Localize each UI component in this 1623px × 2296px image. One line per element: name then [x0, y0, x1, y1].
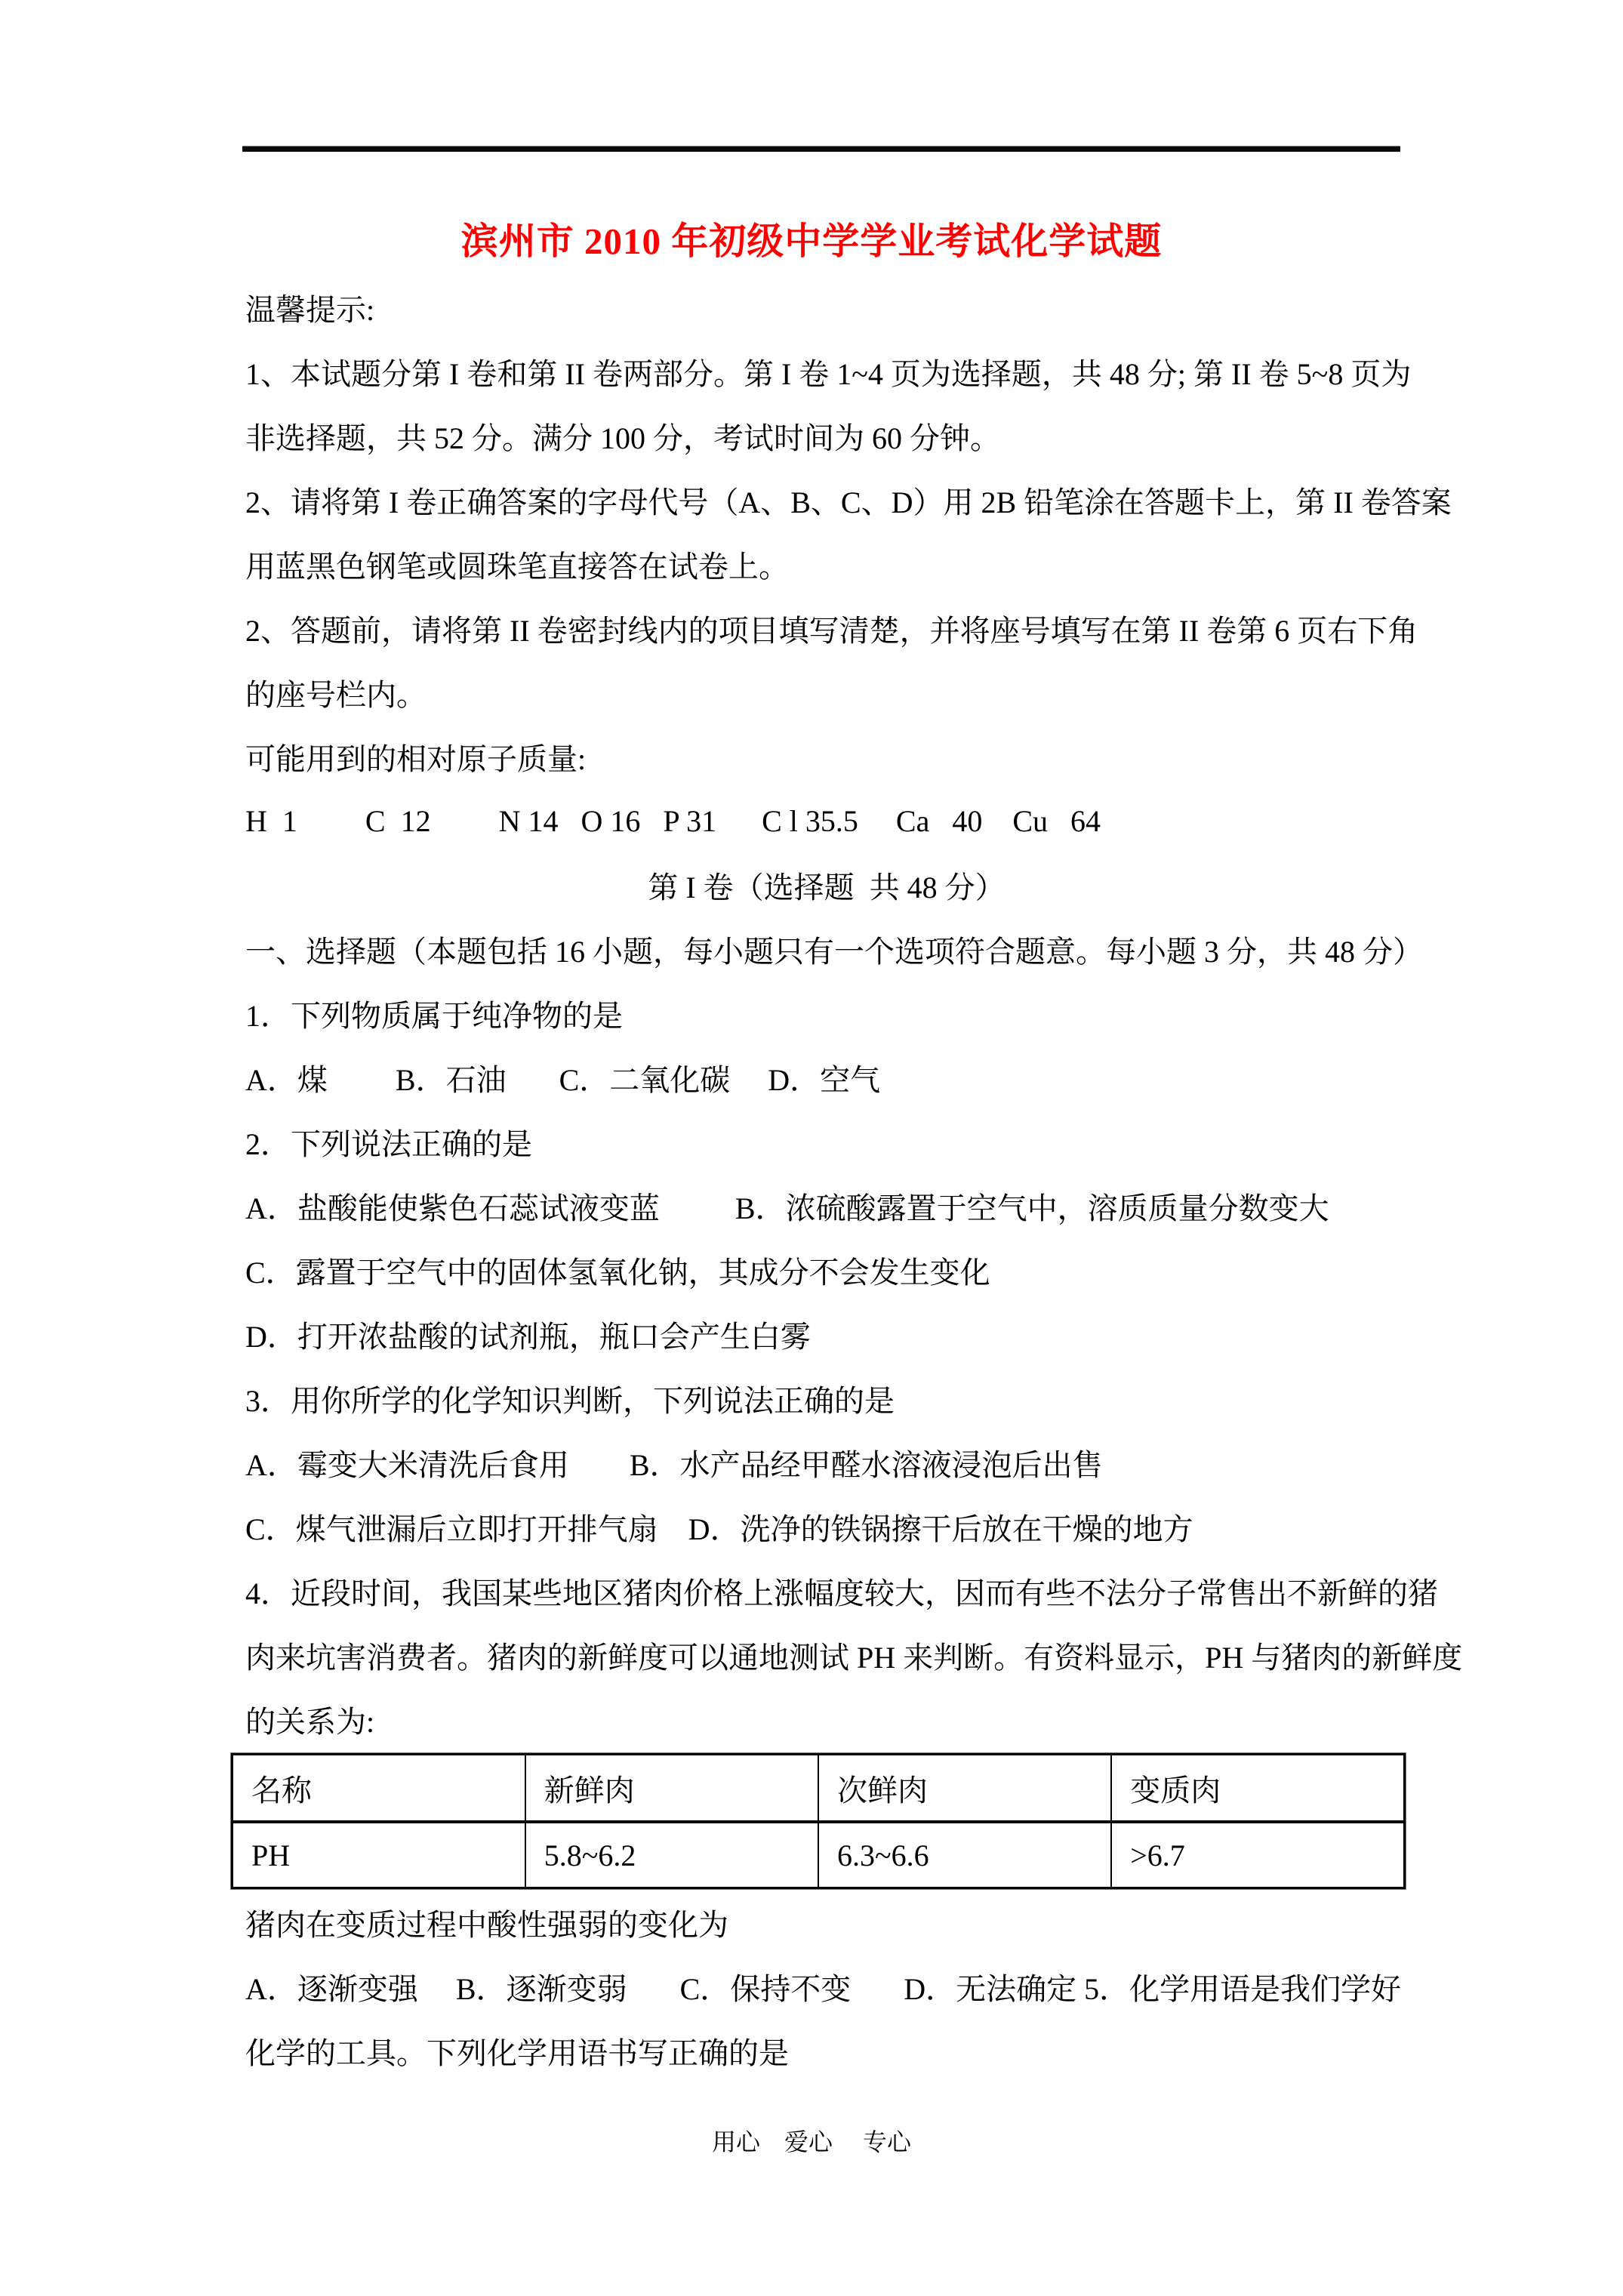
question-2: 2．下列说法正确的是: [245, 1110, 1408, 1174]
document-body: 温馨提示: 1、本试题分第 I 卷和第 II 卷两部分。第 I 卷 1~4 页为…: [245, 276, 1408, 2083]
document-title: 滨州市 2010 年初级中学学业考试化学试题: [0, 212, 1623, 265]
question-4-line-1: 4．近段时间，我国某些地区猪肉价格上涨幅度较大，因而有些不法分子常售出不新鲜的猪: [245, 1559, 1408, 1623]
exam-document-page: 滨州市 2010 年初级中学学业考试化学试题 温馨提示: 1、本试题分第 I 卷…: [0, 0, 1623, 2296]
ph-table-cell-fresh-value: 5.8~6.2: [525, 1822, 818, 1888]
atomic-mass-label: 可能用到的相对原子质量:: [245, 725, 1408, 789]
section1-heading: 第 I 卷（选择题 共 48 分）: [245, 853, 1408, 917]
question-2-options-ab: A．盐酸能使紫色石蕊试液变蓝 B．浓硫酸露置于空气中，溶质质量分数变大: [245, 1174, 1408, 1238]
ph-table-cell-spoiled-value: >6.7: [1111, 1822, 1404, 1888]
ph-table: 名称 新鲜肉 次鲜肉 变质肉 PH 5.8~6.2 6.3~6.6 >6.7: [231, 1753, 1406, 1889]
ph-table-cell-ph: PH: [233, 1822, 525, 1888]
question-4-line-2: 肉来坑害消费者。猪肉的新鲜度可以通地测试 PH 来判断。有资料显示，PH 与猪肉…: [245, 1623, 1408, 1687]
question-5-line-2: 化学的工具。下列化学用语书写正确的是: [245, 2019, 1408, 2083]
notice-line-2: 非选择题，共 52 分。满分 100 分，考试时间为 60 分钟。: [245, 404, 1408, 468]
page-footer: 用心 爱心 专心: [0, 2123, 1623, 2159]
atomic-mass-values: H 1 C 12 N 14 O 16 P 31 C l 35.5 Ca 40 C…: [245, 789, 1408, 853]
notice-line-5: 2、答题前，请将第 II 卷密封线内的项目填写清楚，并将座号填写在第 II 卷第…: [245, 596, 1408, 661]
question-3-options-cd: C．煤气泄漏后立即打开排气扇 D．洗净的铁锅擦干后放在干燥的地方: [245, 1495, 1408, 1559]
ph-table-header-spoiled: 变质肉: [1111, 1755, 1404, 1823]
ph-table-header-fresh: 新鲜肉: [525, 1755, 818, 1823]
question-3: 3．用你所学的化学知识判断，下列说法正确的是: [245, 1367, 1408, 1431]
ph-table-header-name: 名称: [233, 1755, 525, 1823]
question-2-option-c: C．露置于空气中的固体氢氧化钠，其成分不会发生变化: [245, 1238, 1408, 1302]
ph-table-data-row: PH 5.8~6.2 6.3~6.6 >6.7: [233, 1822, 1405, 1888]
ph-table-cell-less-fresh-value: 6.3~6.6: [818, 1822, 1111, 1888]
question-3-options-ab: A．霉变大米清洗后食用 B．水产品经甲醛水溶液浸泡后出售: [245, 1431, 1408, 1495]
notice-label: 温馨提示:: [245, 276, 1408, 340]
notice-line-1: 1、本试题分第 I 卷和第 II 卷两部分。第 I 卷 1~4 页为选择题，共 …: [245, 340, 1408, 404]
question-4-followup: 猪肉在变质过程中酸性强弱的变化为: [245, 1891, 1408, 1955]
notice-line-3: 2、请将第 I 卷正确答案的字母代号（A、B、C、D）用 2B 铅笔涂在答题卡上…: [245, 468, 1408, 532]
notice-line-4: 用蓝黑色钢笔或圆珠笔直接答在试卷上。: [245, 532, 1408, 596]
question-4-line-3: 的关系为:: [245, 1687, 1408, 1752]
question-4-options: A．逐渐变强 B．逐渐变弱 C．保持不变 D．无法确定 5．化学用语是我们学好: [245, 1955, 1408, 2019]
question-1: 1．下列物质属于纯净物的是: [245, 982, 1408, 1046]
question-2-option-d: D．打开浓盐酸的试剂瓶，瓶口会产生白雾: [245, 1302, 1408, 1367]
section1-instructions: 一、选择题（本题包括 16 小题，每小题只有一个选项符合题意。每小题 3 分，共…: [245, 917, 1408, 982]
ph-table-header-row: 名称 新鲜肉 次鲜肉 变质肉: [233, 1755, 1405, 1823]
ph-table-header-less-fresh: 次鲜肉: [818, 1755, 1111, 1823]
notice-line-6: 的座号栏内。: [245, 661, 1408, 725]
header-rule: [242, 146, 1400, 152]
question-1-options: A．煤 B．石油 C．二氧化碳 D．空气: [245, 1046, 1408, 1110]
